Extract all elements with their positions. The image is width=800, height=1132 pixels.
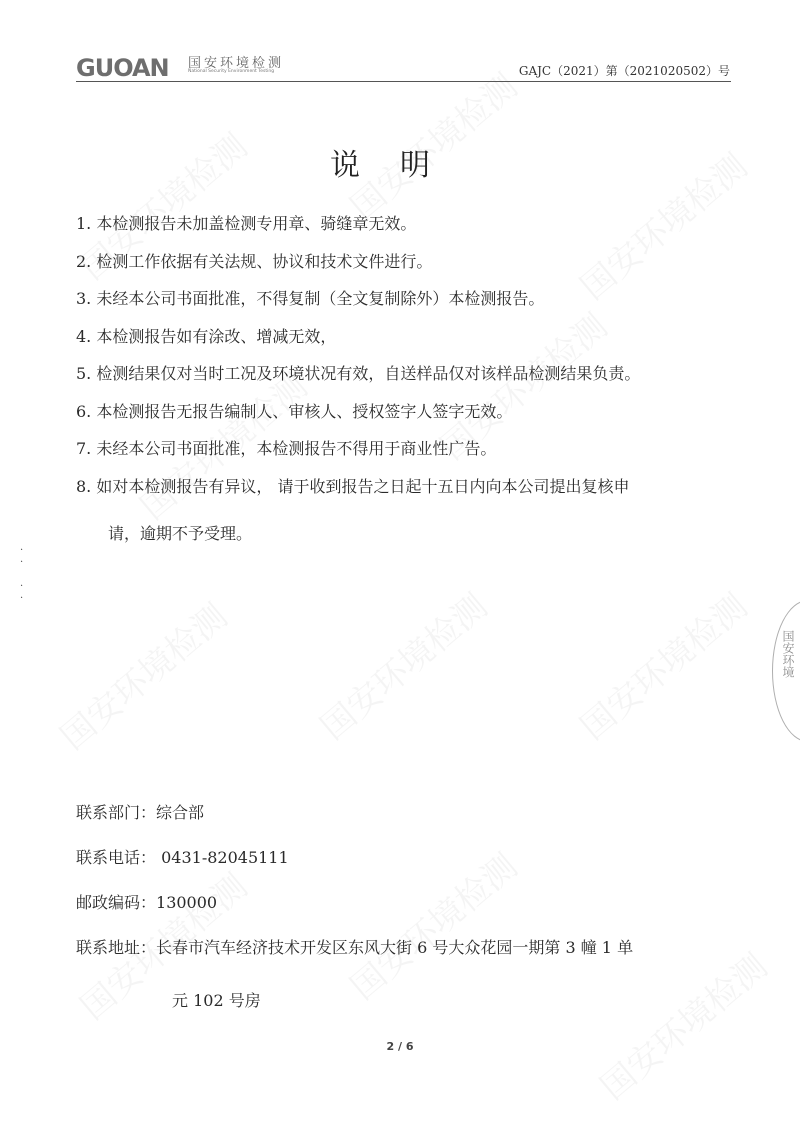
watermark: 国安环境检测 xyxy=(48,590,236,759)
contact-info: 联系部门：综合部 联系电话： 0431-82045111 邮政编码：130000… xyxy=(76,790,756,1023)
page-number: 2 / 6 xyxy=(0,1040,800,1053)
watermark: 国安环境检测 xyxy=(568,580,756,749)
note-item: 2. 检测工作依据有关法规、协议和技术文件进行。 xyxy=(76,243,756,281)
contact-postcode: 邮政编码：130000 xyxy=(76,880,756,925)
page-title: 说明 xyxy=(0,140,800,184)
report-number: GAJC（2021）第（2021020502）号 xyxy=(519,62,730,79)
contact-address-continuation: 元 102 号房 xyxy=(76,978,756,1023)
note-continuation: 请，逾期不予受理。 xyxy=(76,515,756,553)
binding-marks: ···· xyxy=(20,545,23,605)
seal-text: 国安环境 xyxy=(780,630,797,678)
header-divider xyxy=(76,81,731,82)
note-item: 6. 本检测报告无报告编制人、审核人、授权签字人签字无效。 xyxy=(76,393,756,431)
note-item: 7. 未经本公司书面批准，本检测报告不得用于商业性广告。 xyxy=(76,430,756,468)
note-item: 8. 如对本检测报告有异议， 请于收到报告之日起十五日内向本公司提出复核申 xyxy=(76,468,756,506)
contact-address: 联系地址：长春市汽车经济技术开发区东风大街 6 号大众花园一期第 3 幢 1 单 xyxy=(76,925,756,970)
contact-phone: 联系电话： 0431-82045111 xyxy=(76,835,756,880)
company-logo: GUOAN xyxy=(76,54,169,82)
page-header: GUOAN 国安环境检测 National Security Environme… xyxy=(76,52,730,84)
note-item: 1. 本检测报告未加盖检测专用章、骑缝章无效。 xyxy=(76,205,756,243)
contact-department: 联系部门：综合部 xyxy=(76,790,756,835)
notes-list: 1. 本检测报告未加盖检测专用章、骑缝章无效。 2. 检测工作依据有关法规、协议… xyxy=(76,205,756,553)
watermark: 国安环境检测 xyxy=(308,580,496,749)
note-item: 4. 本检测报告如有涂改、增减无效， xyxy=(76,318,756,356)
note-item: 3. 未经本公司书面批准，不得复制（全文复制除外）本检测报告。 xyxy=(76,280,756,318)
company-name-en: National Security Environment Testing xyxy=(188,69,274,74)
note-item: 5. 检测结果仅对当时工况及环境状况有效，自送样品仅对该样品检测结果负责。 xyxy=(76,355,756,393)
